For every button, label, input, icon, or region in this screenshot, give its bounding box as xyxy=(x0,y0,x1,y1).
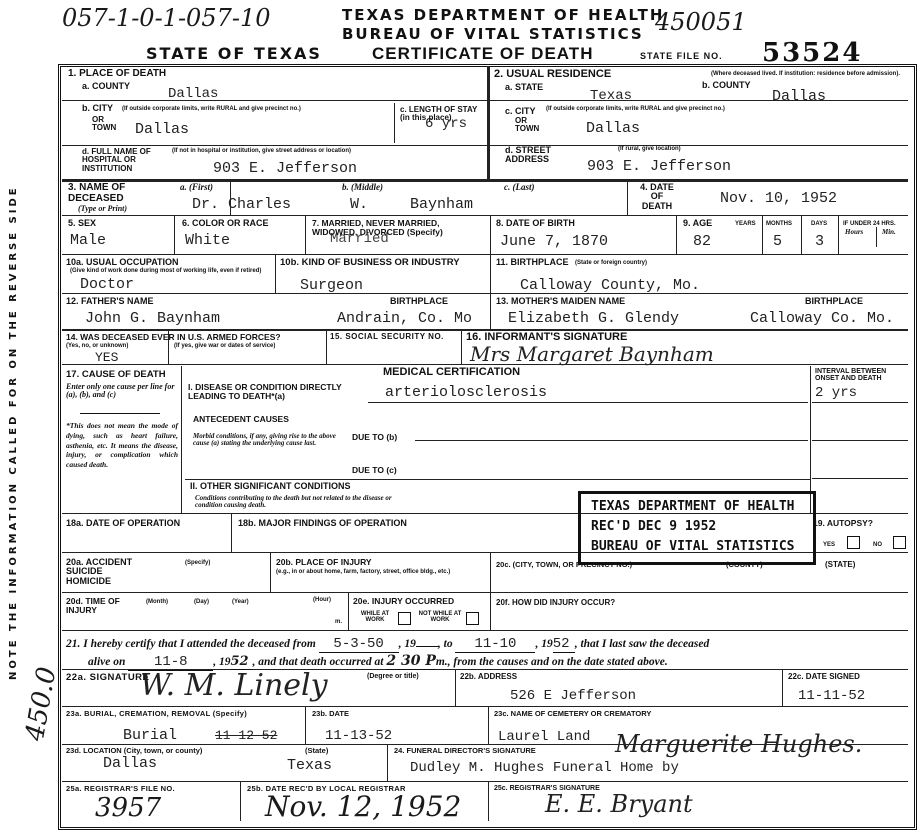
hospital-note: (If not in hospital or institution, give… xyxy=(172,148,472,154)
death-city-label: b. CITY xyxy=(82,104,113,113)
res-state-field[interactable]: Texas xyxy=(590,88,632,104)
due-to-b-label: DUE TO (b) xyxy=(352,433,397,442)
last-name-label: c. (Last) xyxy=(504,183,535,192)
death-or-town-label: OR TOWN xyxy=(92,116,122,133)
part-1-label: I. DISEASE OR CONDITION DIRECTLY LEADING… xyxy=(188,383,368,401)
attended-to-year[interactable]: 52 xyxy=(553,636,575,653)
age-years-field[interactable]: 82 xyxy=(693,233,711,250)
cemetery-field[interactable]: Laurel Land xyxy=(498,729,590,745)
father-name-field[interactable]: John G. Baynham xyxy=(85,310,220,327)
business-label: 10b. KIND OF BUSINESS OR INDUSTRY xyxy=(280,258,460,268)
autopsy-label: 19. AUTOPSY? xyxy=(813,519,873,528)
attended-to-field[interactable]: 11-10 xyxy=(455,636,535,653)
res-county-label: b. COUNTY xyxy=(702,81,751,90)
autopsy-yes-label: YES xyxy=(823,542,835,548)
date-received-field[interactable]: Nov. 12, 1952 xyxy=(265,790,461,823)
disposition-label: 23a. BURIAL, CREMATION, REMOVAL (Specify… xyxy=(66,710,247,718)
not-while-at-work-label: NOT WHILE AT WORK xyxy=(418,611,462,624)
injury-hour-label: (Hour) xyxy=(313,597,331,603)
sex-label: 5. SEX xyxy=(68,219,96,228)
age-days-label: DAYS xyxy=(811,221,827,227)
birthplace-label: 11. BIRTHPLACE xyxy=(496,258,569,267)
part-2-note: Conditions contributing to the death but… xyxy=(195,495,420,510)
race-label: 6. COLOR OR RACE xyxy=(182,219,269,228)
while-at-work-label: WHILE AT WORK xyxy=(356,611,394,624)
funeral-director-signature[interactable]: Marguerite Hughes. xyxy=(615,730,862,758)
stamp-line-1: TEXAS DEPARTMENT OF HEALTH xyxy=(591,499,795,514)
armed-forces-note-1: (Yes, no, or unknown) xyxy=(66,343,128,349)
mother-birthplace-label: BIRTHPLACE xyxy=(805,297,863,306)
date-signed-label: 22c. DATE SIGNED xyxy=(788,673,860,681)
stamp-line-2: REC'D DEC 9 1952 xyxy=(591,519,716,534)
funeral-director-label: 24. FUNERAL DIRECTOR'S SIGNATURE xyxy=(394,747,536,755)
under-24-label: IF UNDER 24 HRS. xyxy=(843,221,896,227)
interval-field[interactable]: 2 yrs xyxy=(815,385,857,401)
age-days-field[interactable]: 3 xyxy=(815,233,824,250)
mother-birthplace-field[interactable]: Calloway Co. Mo. xyxy=(750,310,894,327)
res-street-label: d. STREET ADDRESS xyxy=(505,146,565,165)
location-field[interactable]: Dallas xyxy=(103,755,157,772)
date-signed-field[interactable]: 11-11-52 xyxy=(798,688,865,704)
hospital-field[interactable]: 903 E. Jefferson xyxy=(213,160,357,177)
usual-residence-label: 2. USUAL RESIDENCE xyxy=(494,69,611,81)
type-or-print-note: (Type or Print) xyxy=(78,205,127,213)
cause-note: Enter only one cause per line for (a), (… xyxy=(66,383,178,400)
armed-forces-note-2: (If yes, give war or dates of service) xyxy=(174,343,275,349)
place-of-injury-label: 20b. PLACE OF INJURY xyxy=(276,558,372,567)
age-years-label: YEARS xyxy=(735,221,756,227)
business-field[interactable]: Surgeon xyxy=(300,277,363,294)
father-birthplace-label: BIRTHPLACE xyxy=(390,297,448,306)
reverse-side-note: NOTE THE INFORMATION CALLED FOR ON THE R… xyxy=(8,185,19,680)
struck-date: 11-12-52 xyxy=(215,728,277,743)
disposition-field[interactable]: Burial xyxy=(123,727,177,744)
burial-date-label: 23b. DATE xyxy=(312,710,349,718)
last-name-field[interactable]: Baynham xyxy=(410,196,473,213)
armed-forces-label: 14. WAS DECEASED EVER IN U.S. ARMED FORC… xyxy=(66,333,281,342)
stamp-line-3: BUREAU OF VITAL STATISTICS xyxy=(591,539,795,554)
operation-date-label: 18a. DATE OF OPERATION xyxy=(66,519,180,528)
while-at-work-checkbox[interactable] xyxy=(398,612,411,625)
middle-name-field[interactable]: W. xyxy=(350,196,368,213)
cemetery-label: 23c. NAME OF CEMETERY OR CREMATORY xyxy=(494,710,651,718)
armed-forces-field[interactable]: YES xyxy=(95,350,118,365)
antecedent-note: Morbid conditions, if any, giving rise t… xyxy=(193,433,353,448)
funeral-home-field[interactable]: Dudley M. Hughes Funeral Home by xyxy=(410,760,679,776)
attended-from-field[interactable]: 5-3-50 xyxy=(319,636,399,653)
occupation-note: (Give kind of work done during most of w… xyxy=(70,268,275,274)
father-name-label: 12. FATHER'S NAME xyxy=(66,297,154,306)
part-2-label: II. OTHER SIGNIFICANT CONDITIONS xyxy=(190,482,351,491)
autopsy-yes-checkbox[interactable] xyxy=(847,536,860,549)
ssn-label: 15. SOCIAL SECURITY NO. xyxy=(330,333,444,341)
father-birthplace-field[interactable]: Andrain, Co. Mo xyxy=(337,310,472,327)
injury-county-label: (COUNTY) xyxy=(726,561,763,569)
operation-findings-label: 18b. MAJOR FINDINGS OF OPERATION xyxy=(238,519,407,528)
res-county-field[interactable]: Dallas xyxy=(772,88,826,105)
physician-address-field[interactable]: 526 E Jefferson xyxy=(510,688,636,704)
age-label: 9. AGE xyxy=(683,219,712,228)
degree-label: (Degree or title) xyxy=(367,673,419,680)
registrar-file-label: 25a. REGISTRAR'S FILE NO. xyxy=(66,785,175,793)
autopsy-no-checkbox[interactable] xyxy=(893,536,906,549)
death-county-label: a. COUNTY xyxy=(82,82,130,91)
physician-signature[interactable]: W. M. Linely xyxy=(140,668,328,703)
mother-name-label: 13. MOTHER'S MAIDEN NAME xyxy=(496,297,625,306)
not-while-at-work-checkbox[interactable] xyxy=(466,612,479,625)
accident-specify: (Specify) xyxy=(185,560,210,566)
burial-date-field[interactable]: 11-13-52 xyxy=(325,728,392,744)
state-file-label: STATE FILE NO. xyxy=(640,52,723,61)
res-street-field[interactable]: 903 E. Jefferson xyxy=(587,158,731,175)
res-state-label: a. STATE xyxy=(505,83,543,92)
name-of-deceased-label: 3. NAME OF DECEASED xyxy=(68,183,153,204)
death-county-field[interactable]: Dallas xyxy=(168,86,218,102)
res-city-field[interactable]: Dallas xyxy=(586,120,640,137)
dob-label: 8. DATE OF BIRTH xyxy=(496,219,575,228)
time-of-death-field[interactable]: 2 30 P xyxy=(386,653,436,670)
sex-field[interactable]: Male xyxy=(70,232,106,249)
burial-state-field[interactable]: Texas xyxy=(287,757,332,774)
date-of-death-label: 4. DATE OF DEATH xyxy=(637,183,677,211)
physician-address-label: 22b. ADDRESS xyxy=(460,673,517,681)
cause-footnote: *This does not mean the mode of dying, s… xyxy=(66,421,178,470)
cause-a-field[interactable]: arteriolosclerosis xyxy=(385,384,547,401)
due-to-c-label: DUE TO (c) xyxy=(352,466,397,475)
location-label: 23d. LOCATION (City, town, or county) xyxy=(66,747,202,755)
how-injury-label: 20f. HOW DID INJURY OCCUR? xyxy=(496,599,615,607)
received-stamp: TEXAS DEPARTMENT OF HEALTH REC'D DEC 9 1… xyxy=(578,491,816,565)
min-label: Min. xyxy=(882,229,896,236)
death-city-field[interactable]: Dallas xyxy=(135,121,189,138)
injury-m-label: m. xyxy=(335,619,342,625)
first-name-label: a. (First) xyxy=(180,183,213,192)
injury-day-label: (Day) xyxy=(194,599,209,605)
birthplace-field[interactable]: Calloway County, Mo. xyxy=(520,277,700,294)
occupation-field[interactable]: Doctor xyxy=(80,276,134,293)
antecedent-causes-label: ANTECEDENT CAUSES xyxy=(193,415,289,424)
certificate-title: CERTIFICATE OF DEATH xyxy=(372,44,593,64)
burial-state-label: (State) xyxy=(305,747,328,755)
injury-year-label: (Year) xyxy=(232,599,249,605)
certification-statement-line-1: 21. I hereby certify that I attended the… xyxy=(66,636,709,653)
hours-label: Hours xyxy=(845,229,863,236)
mother-name-field[interactable]: Elizabeth G. Glendy xyxy=(508,310,679,327)
occupation-label: 10a. USUAL OCCUPATION xyxy=(66,258,179,267)
time-of-injury-label: 20d. TIME OF INJURY xyxy=(66,597,126,615)
length-of-stay-field[interactable]: 6 yrs xyxy=(425,116,467,132)
birthplace-note: (State or foreign country) xyxy=(575,260,647,266)
marital-field[interactable]: Married xyxy=(330,231,389,247)
res-city-note: (If outside corporate limits, write RURA… xyxy=(546,106,866,112)
informant-signature[interactable]: Mrs Margaret Baynham xyxy=(470,342,714,366)
age-months-field[interactable]: 5 xyxy=(773,233,782,250)
interval-label: INTERVAL BETWEEN ONSET AND DEATH xyxy=(815,368,905,383)
first-name-field[interactable]: Dr. Charles xyxy=(192,196,291,213)
handwritten-reference-right: 450051 xyxy=(655,8,747,36)
race-field[interactable]: White xyxy=(185,232,230,249)
injury-city-label: 20c. (CITY, TOWN, OR PRECINCT NO.) xyxy=(496,561,632,569)
accident-label: 20a. ACCIDENT SUICIDE HOMICIDE xyxy=(66,558,146,586)
res-or-town-label: OR TOWN xyxy=(515,117,545,134)
registrar-file-number[interactable]: 3957 xyxy=(95,793,161,823)
res-street-note: (If rural, give location) xyxy=(618,146,681,152)
dept-title: TEXAS DEPARTMENT OF HEALTH xyxy=(342,6,664,24)
injury-occurred-label: 20e. INJURY OCCURRED xyxy=(353,597,454,606)
place-of-death-label: 1. PLACE OF DEATH xyxy=(68,69,166,80)
bureau-title: BUREAU OF VITAL STATISTICS xyxy=(342,25,644,43)
dob-field[interactable]: June 7, 1870 xyxy=(500,233,608,250)
age-months-label: MONTHS xyxy=(766,221,792,227)
attended-from-year[interactable] xyxy=(416,646,438,647)
death-city-note: (If outside corporate limits, write RURA… xyxy=(122,106,390,112)
usual-residence-note: (Where deceased lived. If institution: r… xyxy=(645,71,900,77)
place-of-injury-note: (e.g., in or about home, farm, factory, … xyxy=(276,569,476,575)
handwritten-reference-left: 057-1-0-1-057-10 xyxy=(62,4,271,32)
injury-state-label: (STATE) xyxy=(825,561,855,569)
date-of-death-field[interactable]: Nov. 10, 1952 xyxy=(720,190,837,207)
injury-month-label: (Month) xyxy=(146,599,168,605)
margin-handwriting: 450.0 xyxy=(20,665,62,744)
registrar-signature[interactable]: E. E. Bryant xyxy=(545,790,693,818)
signature-label: 22a. SIGNATURE xyxy=(66,673,149,683)
cause-of-death-label: 17. CAUSE OF DEATH xyxy=(66,370,166,380)
hospital-label: d. FULL NAME OF HOSPITAL OR INSTITUTION xyxy=(82,148,182,173)
middle-name-label: b. (Middle) xyxy=(342,183,383,192)
medical-certification-title: MEDICAL CERTIFICATION xyxy=(383,367,520,379)
autopsy-no-label: NO xyxy=(873,542,882,548)
state-heading: STATE OF TEXAS xyxy=(146,44,322,63)
